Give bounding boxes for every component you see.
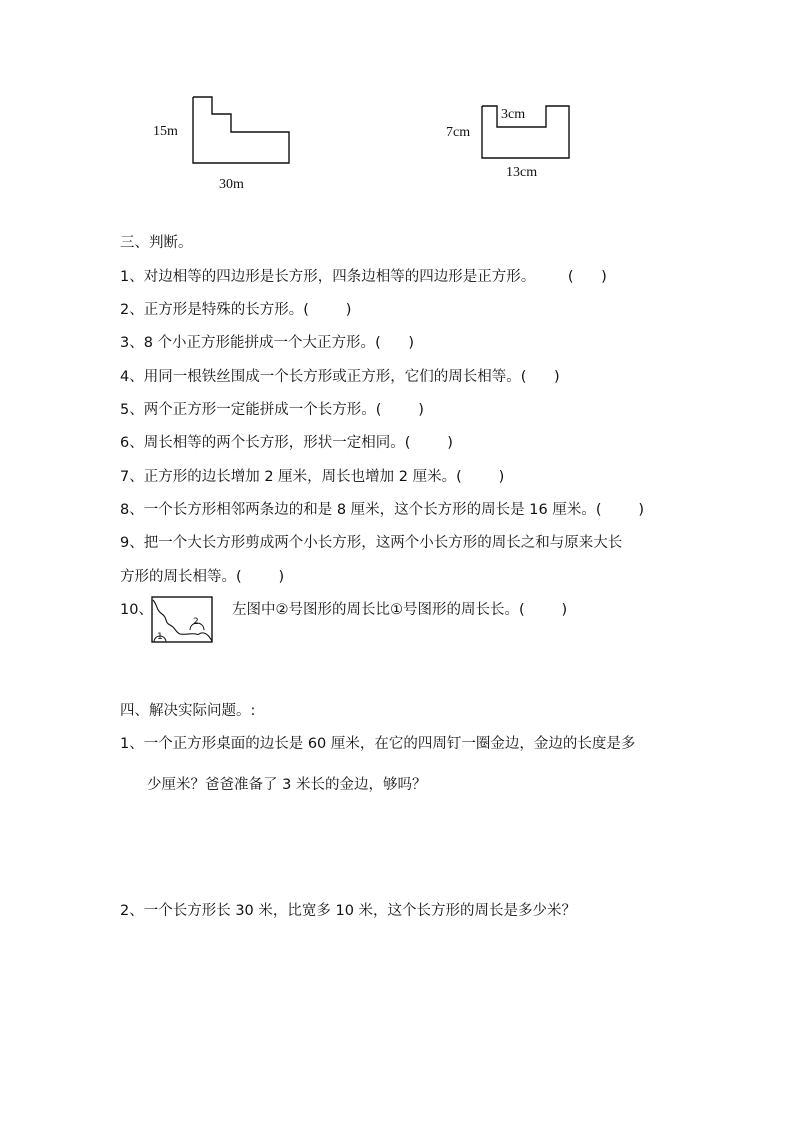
answer-blank[interactable]: ( ) (521, 369, 560, 385)
judgment-item-9-line-1: 9、把一个大长方形剪成两个小长方形，这两个小长方形的周长之和与原来大长 (120, 534, 622, 552)
figure-1-width-label: 30m (219, 177, 244, 193)
answer-blank[interactable]: ( ) (376, 402, 424, 418)
item-text: 5、两个正方形一定能拼成一个长方形。 (120, 402, 376, 418)
figure-2-outline (482, 106, 569, 158)
answer-blank[interactable]: ( ) (303, 302, 351, 318)
section-3-title: 三、判断。 (120, 234, 193, 252)
answer-blank[interactable]: ( ) (456, 469, 504, 485)
section-4-title: 四、解决实际问题。: (120, 702, 255, 720)
answer-blank[interactable]: ( ) (596, 502, 644, 518)
problem-1-line-1: 1、一个正方形桌面的边长是 60 厘米，在它的四周钉一圈金边，金边的长度是多 (120, 735, 635, 753)
judgment-item-7: 7、正方形的边长增加 2 厘米，周长也增加 2 厘米。( ) (120, 468, 504, 486)
item-text: 2、正方形是特殊的长方形。 (120, 302, 303, 318)
answer-blank[interactable]: ( ) (236, 569, 284, 585)
figure-2-notch-label: 3cm (501, 107, 525, 123)
figure-1-height-label: 15m (153, 124, 178, 140)
judgment-item-8: 8、一个长方形相邻两条边的和是 8 厘米，这个长方形的周长是 16 厘米。( ) (120, 501, 644, 519)
answer-blank[interactable]: ( ) (375, 335, 414, 351)
judgment-item-6: 6、周长相等的两个长方形，形状一定相同。( ) (120, 434, 453, 452)
judgment-item-3: 3、8 个小正方形能拼成一个大正方形。( ) (120, 334, 414, 352)
figure-2-height-label: 7cm (446, 125, 470, 141)
judgment-item-4: 4、用同一根铁丝围成一个长方形或正方形，它们的周长相等。( ) (120, 368, 560, 386)
problem-1-line-2: 少厘米？爸爸准备了 3 米长的金边，够吗？ (147, 776, 426, 794)
figure-10-region-1-label: 1 (157, 632, 163, 642)
answer-blank[interactable]: ( ) (568, 269, 607, 285)
item-text: 6、周长相等的两个长方形，形状一定相同。 (120, 435, 405, 451)
judgment-item-10: 左图中②号图形的周长比①号图形的周长长。( ) (232, 601, 567, 619)
answer-blank[interactable]: ( ) (405, 435, 453, 451)
answer-blank[interactable]: ( ) (519, 602, 567, 618)
problem-2-line-1: 2、一个长方形长 30 米，比宽多 10 米，这个长方形的周长是多少米？ (120, 902, 576, 920)
figure-2-width-label: 13cm (506, 165, 537, 181)
judgment-item-5: 5、两个正方形一定能拼成一个长方形。( ) (120, 401, 424, 419)
judgment-item-9-line-2: 方形的周长相等。( ) (120, 568, 284, 586)
item-text: 7、正方形的边长增加 2 厘米，周长也增加 2 厘米。 (120, 469, 456, 485)
figure-1-outline (193, 97, 289, 163)
judgment-item-1: 1、对边相等的四边形是长方形，四条边相等的四边形是正方形。 ( ) (120, 268, 607, 286)
item-text: 方形的周长相等。 (120, 569, 236, 585)
judgment-item-2: 2、正方形是特殊的长方形。( ) (120, 301, 351, 319)
figure-10-region-2-label: 2 (193, 617, 199, 627)
judgment-item-10-number: 10、 (120, 601, 153, 619)
item-text: 3、8 个小正方形能拼成一个大正方形。 (120, 335, 375, 351)
item-text: 8、一个长方形相邻两条边的和是 8 厘米，这个长方形的周长是 16 厘米。 (120, 502, 596, 518)
item-text: 4、用同一根铁丝围成一个长方形或正方形，它们的周长相等。 (120, 369, 521, 385)
item-text: 左图中②号图形的周长比①号图形的周长长。 (232, 602, 519, 618)
item-text: 1、对边相等的四边形是长方形，四条边相等的四边形是正方形。 (120, 269, 535, 285)
